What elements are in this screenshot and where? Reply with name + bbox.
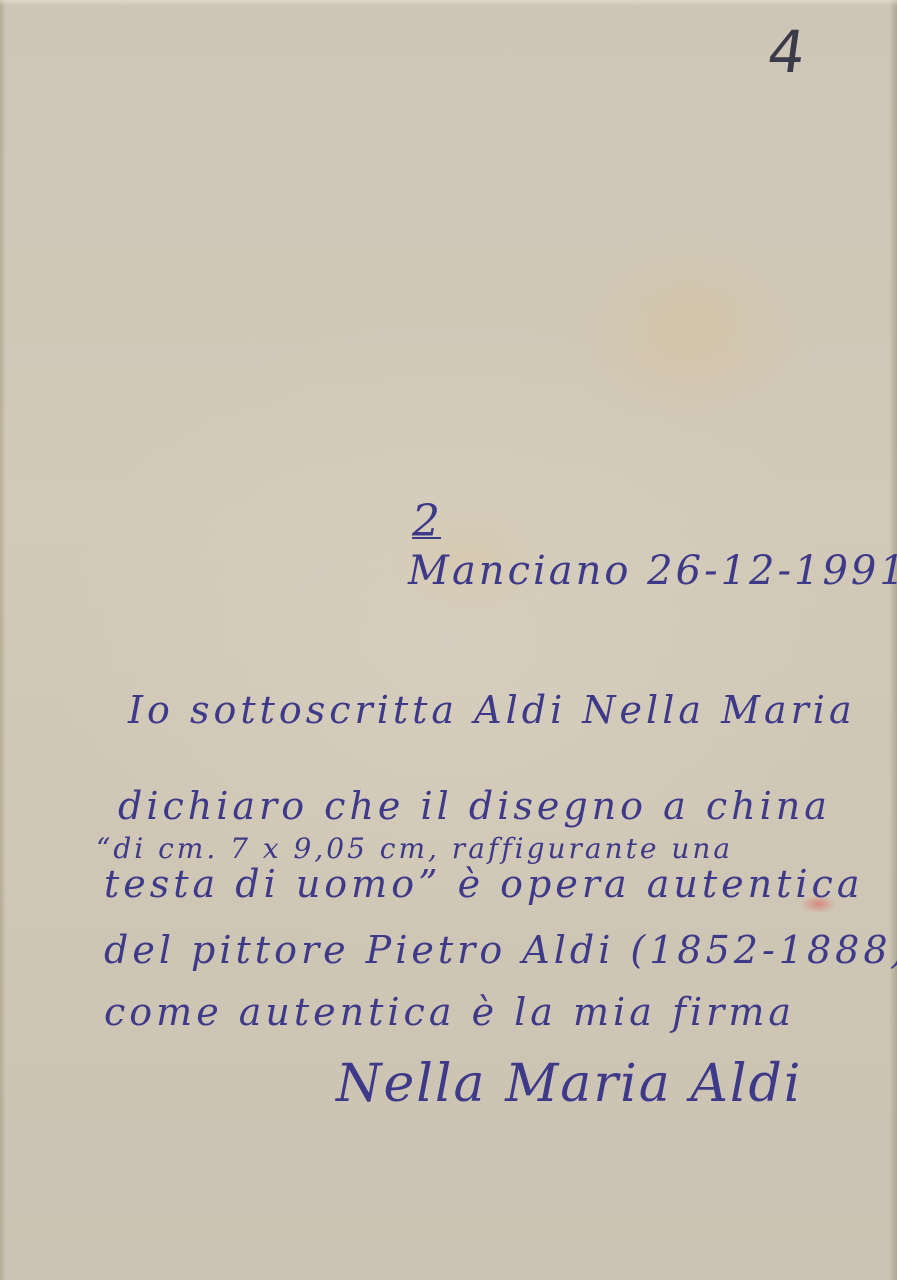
paper-top-edge (0, 0, 897, 6)
signature: Nella Maria Aldi (336, 1054, 802, 1114)
paper-left-edge (0, 0, 6, 1280)
place-and-date: Manciano 26-12-1991 (408, 548, 897, 594)
body-line-6: come autentica è la mia firma (104, 990, 795, 1034)
body-line-2: dichiaro che il disegno a china (118, 784, 831, 828)
body-line-1: Io sottoscritta Aldi Nella Maria (128, 688, 856, 732)
body-line-3: “di cm. 7 x 9,05 cm, raffigurante una (96, 832, 733, 865)
item-number: 2 (412, 496, 441, 547)
body-line-5: del pittore Pietro Aldi (1852-1888) (104, 928, 897, 972)
body-line-4: testa di uomo” è opera autentica (104, 862, 863, 906)
paper-right-edge (889, 0, 897, 1280)
